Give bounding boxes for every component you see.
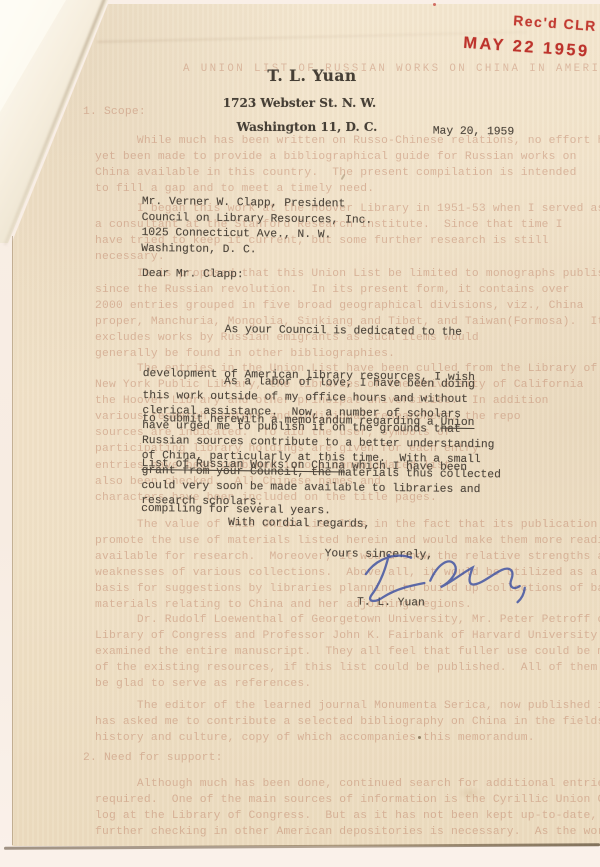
signature-tl-yuan [352, 537, 535, 612]
red-ink-speck [433, 3, 436, 6]
scanned-letter: A UNION LIST OF RUSSIAN WORKS ON CHINA I… [0, 0, 600, 867]
paragraph-line: As your Council is dedicated to the [143, 322, 475, 341]
letter-paper: A UNION LIST OF RUSSIAN WORKS ON CHINA I… [12, 4, 600, 846]
letter-date: May 20, 1959 [433, 125, 515, 141]
closing-regards: With cordial regards, [228, 516, 371, 533]
salutation: Dear Mr. Clapp: [142, 267, 244, 283]
paper-left-edge [12, 236, 13, 845]
ink-speck [418, 736, 421, 739]
folded-corner-highlight [0, 0, 70, 115]
paragraph-2: As a labor of love, I have been doingthi… [141, 374, 502, 513]
recipient-address: Mr. Verner W. Clapp, PresidentCouncil on… [141, 195, 372, 260]
paper-stain [457, 786, 483, 800]
typed-content: May 20, 1959 Mr. Verner W. Clapp, Presid… [12, 4, 600, 846]
